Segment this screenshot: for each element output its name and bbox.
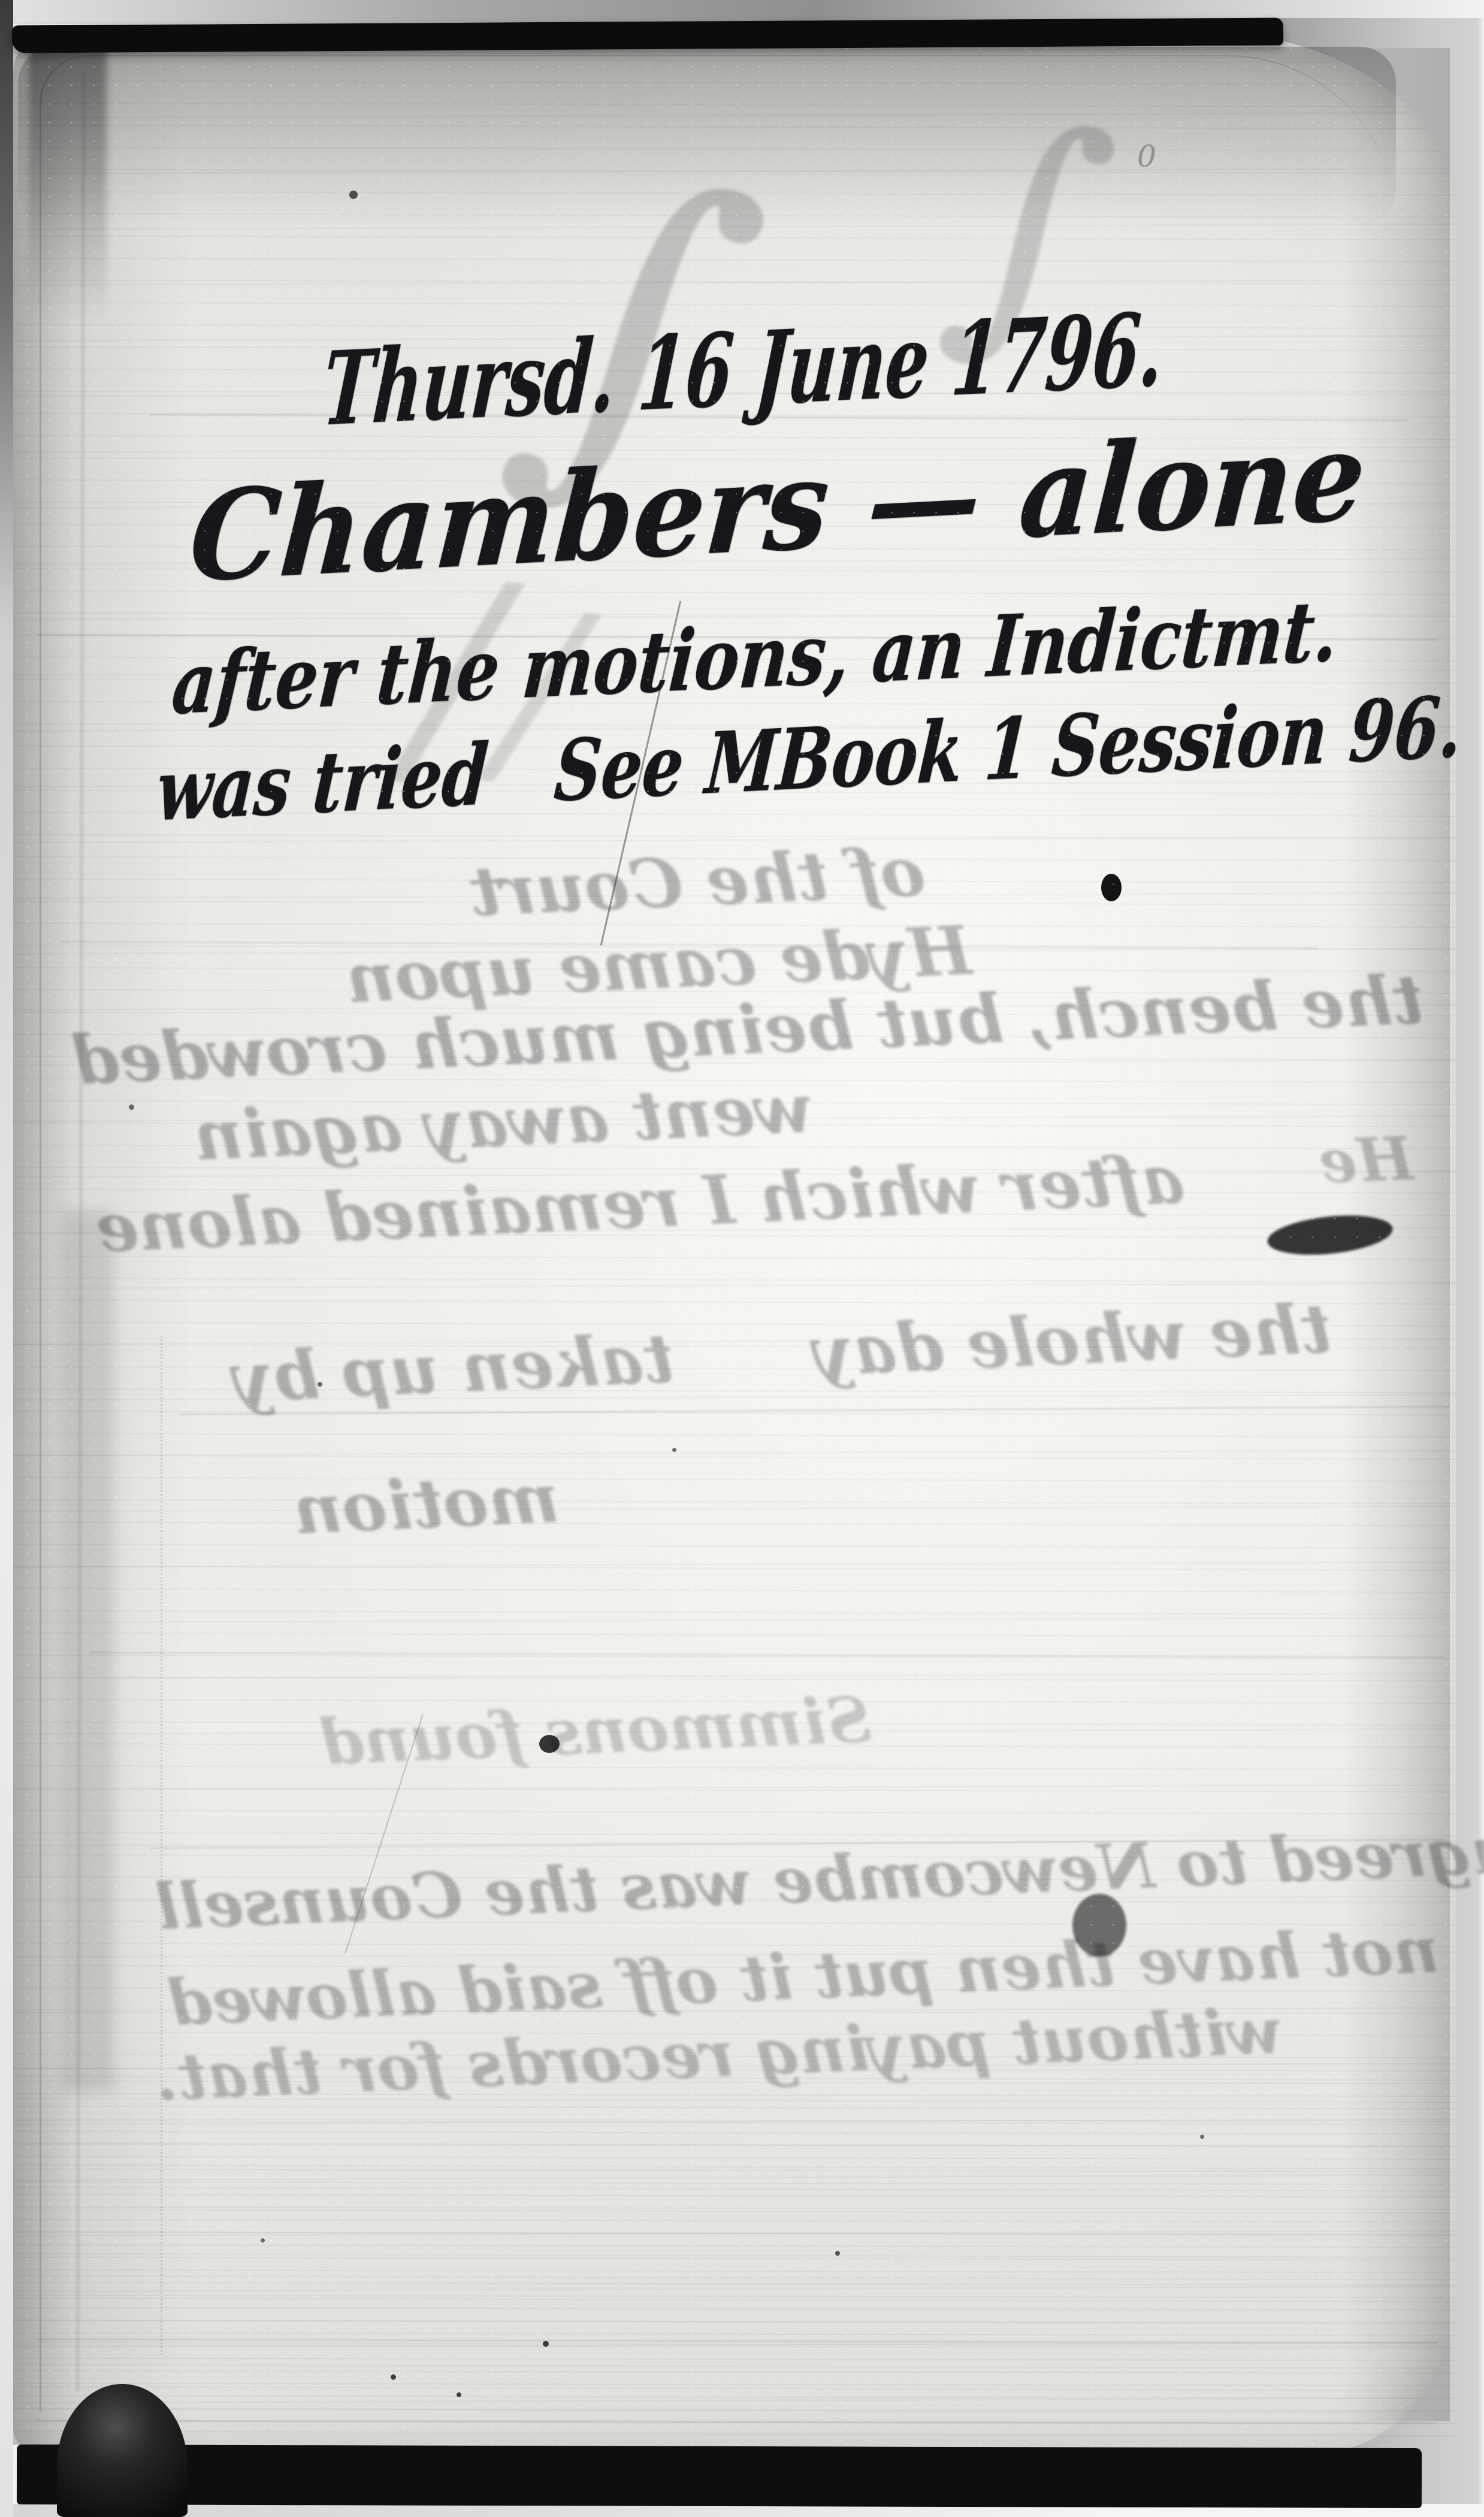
ink-speck	[318, 1382, 322, 1387]
ink-speck	[835, 2251, 840, 2256]
scanned-manuscript-page: of the Court Hyde came upon the bench, b…	[0, 0, 1484, 2517]
ink-speck	[391, 2374, 396, 2380]
gutter-dark-band	[62, 1211, 114, 2092]
book-bottom-edge-band	[17, 2444, 1422, 2508]
ink-speck	[349, 191, 358, 199]
book-gutter-left-edge	[0, 0, 13, 2517]
bleedthrough-blot	[1072, 1894, 1126, 1957]
margin-zero-mark: 0	[1137, 139, 1156, 174]
ink-speck	[1200, 2135, 1204, 2139]
ink-speck	[672, 1448, 676, 1452]
bleedthrough-mark: He	[1293, 1128, 1438, 1193]
margin-rule	[161, 1336, 162, 2355]
ink-blot	[1101, 874, 1122, 901]
ink-speck	[457, 2392, 461, 2397]
ink-speck	[539, 1735, 560, 1753]
ink-speck	[129, 1104, 134, 1110]
ink-speck	[543, 2341, 549, 2347]
ink-speck	[261, 2238, 265, 2243]
bleedthrough-line: motion	[292, 1466, 546, 1544]
